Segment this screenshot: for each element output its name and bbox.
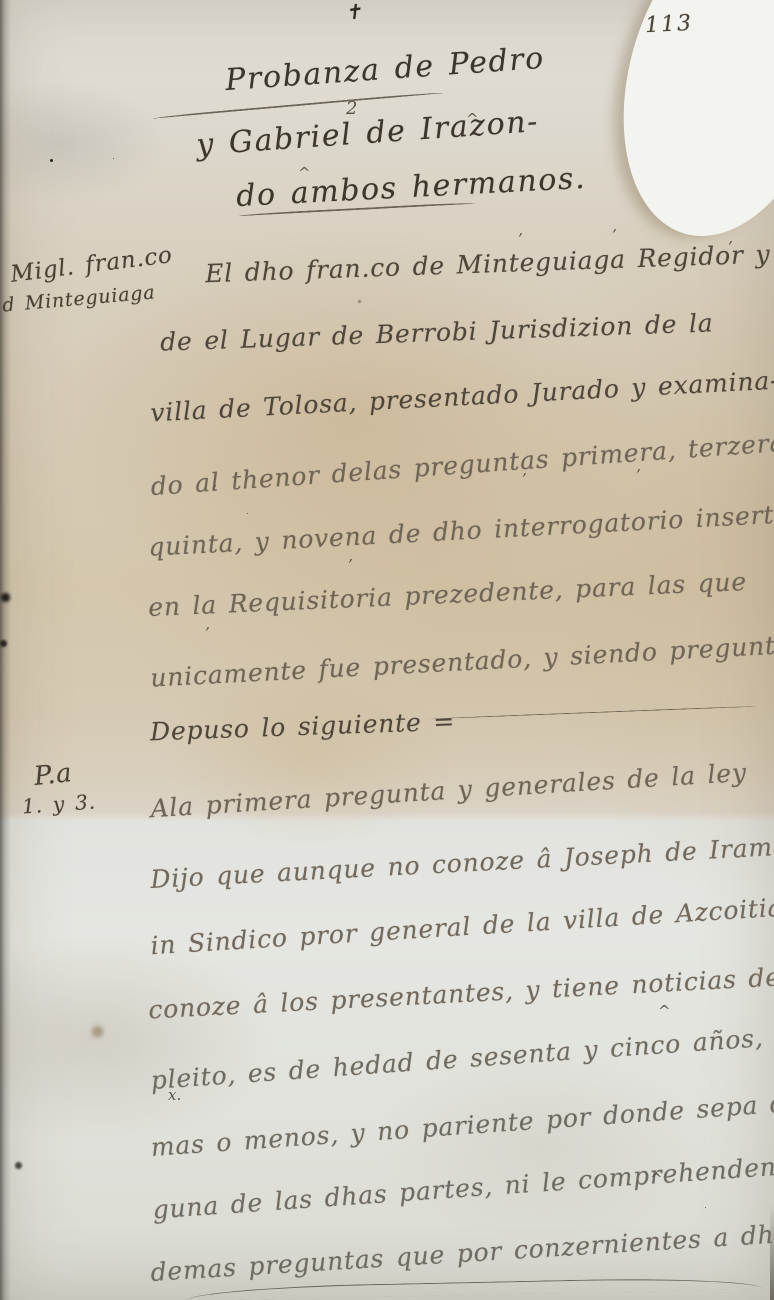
invocation-cross-mark: ✝: [343, 0, 364, 25]
body-line: in Sindico pror general de la villa de A…: [150, 893, 774, 961]
body-line: quinta, y novena de dho interrogatorio i…: [148, 499, 774, 562]
body-line: Depuso lo siguiente =: [150, 707, 456, 747]
body-line: mas o menos, y no pariente por donde sep…: [150, 1083, 774, 1162]
ink-mark: x.: [168, 1086, 181, 1104]
flourish-line: [425, 706, 760, 720]
body-line: El dho fran.co de Minteguiaga Regidor y …: [205, 237, 774, 289]
body-line: guna de las dhas partes, ni le comprehen…: [152, 1148, 774, 1224]
ink-mark: ’: [636, 466, 641, 484]
ink-mark: ’: [612, 226, 617, 244]
ink-mark: 2: [346, 98, 357, 119]
folio-number: 113: [644, 11, 693, 38]
ink-mark: ’: [348, 556, 353, 574]
body-line: do al thenor delas preguntas primera, te…: [150, 428, 774, 501]
ink-mark: ’: [518, 230, 523, 248]
ink-mark: ^: [298, 164, 311, 182]
title-line: Probanza de Pedro: [224, 41, 546, 98]
ink-mark: ’: [205, 624, 210, 642]
ink-mark: ’: [522, 470, 527, 488]
ink-speck: [0, 0, 3, 3]
ink-mark: ’: [212, 482, 217, 500]
manuscript-page: ✝ 113 Probanza de Pedro y Gabriel de Ira…: [0, 0, 774, 1300]
ink-mark: ’: [728, 238, 733, 256]
body-line: demas preguntas que por conzernientes a …: [150, 1218, 774, 1287]
body-line: pleito, es de hedad de sesenta y cinco a…: [150, 1018, 774, 1095]
body-line: de el Lugar de Berrobi Jurisdizion de la: [160, 308, 714, 356]
body-line: villa de Tolosa, presentado Jurado y exa…: [150, 366, 774, 428]
binding-edge: [0, 0, 11, 1300]
ink-mark: ^: [650, 1170, 663, 1188]
margin-note-witness: d Minteguiaga: [1, 281, 156, 316]
ink-mark: ^: [466, 110, 479, 128]
margin-note-question: 1. y 3.: [21, 789, 96, 818]
body-line: Ala primera pregunta y generales de la l…: [150, 758, 748, 823]
body-line: Dijo que aunque no conoze â Joseph de Ir…: [150, 831, 774, 894]
margin-note-question: P.a: [33, 758, 74, 792]
body-line: conoze â los presentantes, y tiene notic…: [148, 961, 774, 1025]
title-line: y Gabriel de Irazon-: [195, 104, 540, 163]
body-line: en la Requisitoria prezedente, para las …: [148, 567, 748, 622]
body-line: unicamente fue presentado, y siendo preg…: [150, 628, 774, 692]
next-page-corner: [588, 0, 774, 261]
ink-mark: ^: [658, 1002, 671, 1020]
